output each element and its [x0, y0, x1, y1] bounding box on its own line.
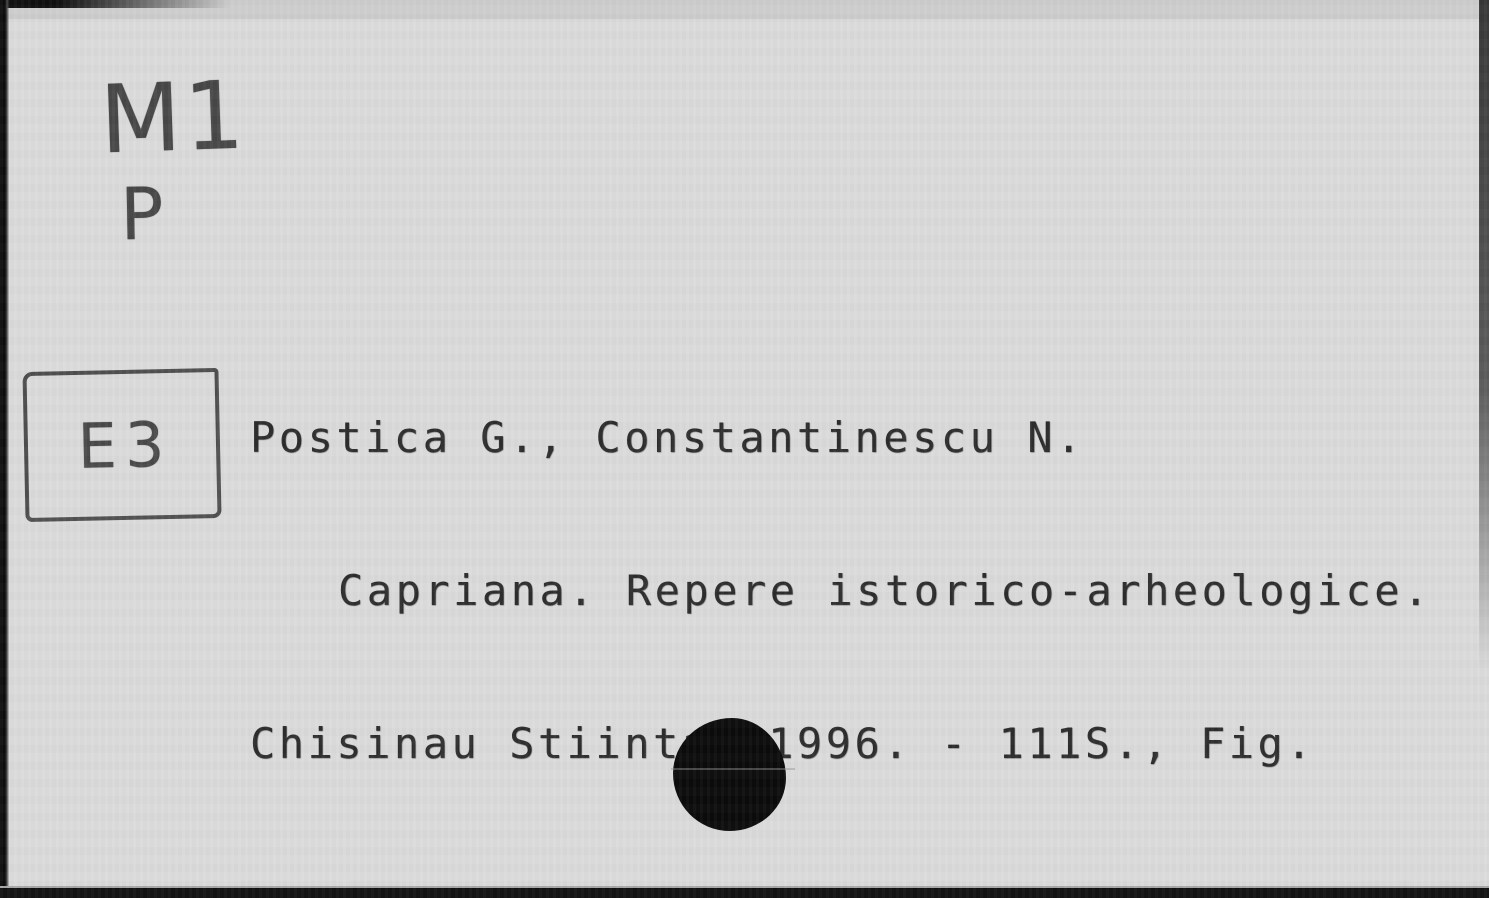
handwritten-classmark-p: P: [119, 178, 164, 251]
entry-title-line: Capriana. Repere istorico-arheologice.: [338, 565, 1432, 616]
handwritten-shelf-code-box: E3: [22, 368, 221, 522]
scan-bottom-edge: [0, 886, 1489, 898]
catalog-entry: Postica G., Constantinescu N. Capriana. …: [250, 310, 1432, 871]
catalog-card-scan: M1 P E3 Postica G., Constantinescu N. Ca…: [0, 0, 1489, 898]
shelf-code-text: E3: [71, 407, 173, 482]
entry-authors-line: Postica G., Constantinescu N.: [250, 412, 1432, 463]
entry-imprint-line: Chisinau Stiinta, 1996. - 111S., Fig.: [250, 718, 1432, 769]
punch-hole-dot: [673, 718, 786, 831]
scan-left-edge: [0, 0, 9, 898]
scan-scratch-line: [671, 768, 795, 770]
handwritten-classmark-m1: M1: [98, 69, 248, 168]
scan-top-left-edge: [0, 0, 230, 8]
scan-right-edge: [1479, 0, 1489, 700]
